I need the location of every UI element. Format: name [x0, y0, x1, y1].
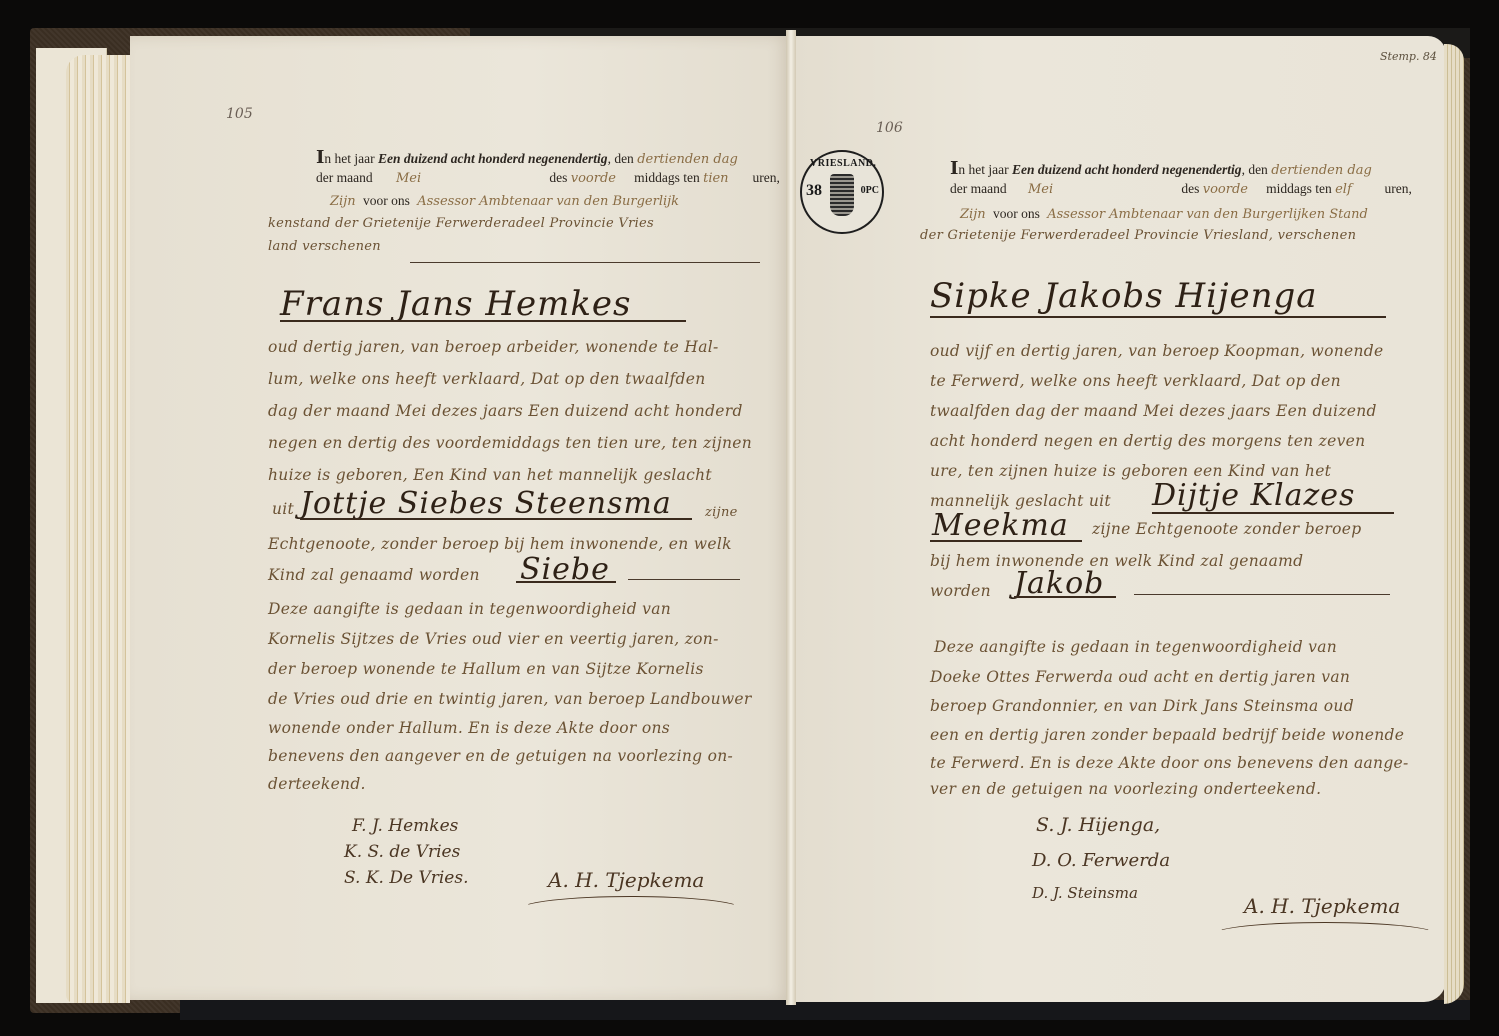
signature-witness-2: S. K. De Vries.: [344, 868, 468, 888]
corner-annotation: Stemp. 84: [1380, 50, 1437, 63]
page-edges-left: [66, 55, 130, 1003]
stamp-value-right: 0PC: [861, 185, 879, 196]
left-preamble-line2: der maand Mei des voorde middags ten tie…: [316, 170, 780, 186]
left-witness-line-3: der beroep wonende te Hallum en van Sijt…: [268, 660, 704, 678]
signature-official: A. H. Tjepkema: [1244, 894, 1400, 918]
father-name-underline: [280, 320, 686, 322]
fill-rule: [1134, 594, 1390, 595]
signature-flourish: [1214, 922, 1436, 946]
right-witness-line-1: Deze aangifte is gedaan in tegenwoordigh…: [934, 638, 1337, 656]
mother-name-underline-1: [1152, 512, 1394, 514]
left-body-line-3: dag der maand Mei dezes jaars Een duizen…: [268, 402, 743, 420]
right-witness-line-5: te Ferwerd. En is deze Akte door ons ben…: [930, 754, 1409, 772]
child-name-underline: [1014, 596, 1116, 598]
left-body-line-5: huize is geboren, Een Kind van het manne…: [268, 466, 712, 484]
book-gutter: [786, 30, 796, 1005]
right-preamble-line3: Zijn voor ons Assessor Ambtenaar van den…: [960, 206, 1368, 222]
right-preamble-line2: der maand Mei des voorde middags ten elf…: [950, 181, 1412, 197]
right-body-line-3: twaalfden dag der maand Mei dezes jaars …: [930, 402, 1377, 420]
right-after-mother-2: worden: [930, 582, 991, 600]
left-witness-line-7: derteekend.: [268, 775, 366, 793]
uit-label: uit: [272, 500, 294, 518]
father-name-underline: [930, 316, 1386, 318]
left-witness-line-1: Deze aangifte is gedaan in tegenwoordigh…: [268, 600, 671, 618]
left-preamble-line4: kenstand der Grietenije Ferwerderadeel P…: [268, 216, 654, 231]
father-name: Frans Jans Hemkes: [280, 284, 632, 324]
left-witness-line-5: wonende onder Hallum. En is deze Akte do…: [268, 719, 670, 737]
right-mother-suffix: zijne Echtgenoote zonder beroep: [1092, 520, 1361, 538]
right-body-line-1: oud vijf en dertig jaren, van beroep Koo…: [930, 342, 1383, 360]
signature-official: A. H. Tjepkema: [548, 868, 704, 892]
crown-crest-icon: [830, 174, 854, 216]
tax-stamp: VRIESLAND. 38 0PC: [800, 150, 884, 234]
signature-father: S. J. Hijenga,: [1036, 814, 1160, 836]
child-name-underline: [516, 581, 616, 583]
mother-name-underline-2: [930, 540, 1082, 542]
right-body-line-2: te Ferwerd, welke ons heeft verklaard, D…: [930, 372, 1341, 390]
left-preamble-line1: In het jaar Een duizend acht honderd neg…: [316, 147, 738, 168]
left-folio: 105: [226, 106, 253, 122]
right-preamble-line4: der Grietenije Ferwerderadeel Provincie …: [920, 228, 1356, 243]
left-witness-line-2: Kornelis Sijtzes de Vries oud vier en ve…: [268, 630, 719, 648]
signature-witness-1: D. O. Ferwerda: [1032, 850, 1170, 871]
mother-name-part2: Meekma: [932, 508, 1069, 543]
father-name: Sipke Jakobs Hijenga: [930, 276, 1318, 316]
left-body-line-1: oud dertig jaren, van beroep arbeider, w…: [268, 338, 719, 356]
left-preamble-line5: land verschenen: [268, 239, 381, 254]
left-witness-line-4: de Vries oud drie en twintig jaren, van …: [268, 690, 752, 708]
left-after-mother-2: Kind zal genaamd worden: [268, 566, 480, 584]
signature-witness-2: D. J. Steinsma: [1032, 884, 1138, 902]
page-edges-right: [1444, 44, 1464, 1004]
right-preamble-line1: In het jaar Een duizend acht honderd neg…: [950, 158, 1372, 179]
signature-flourish: [520, 896, 742, 922]
left-preamble-line3: Zijn voor ons Assessor Ambtenaar van den…: [330, 193, 679, 209]
signature-witness-1: K. S. de Vries: [344, 842, 460, 862]
left-after-mother-1: Echtgenoote, zonder beroep bij hem inwon…: [268, 535, 732, 553]
month-handwritten: Mei: [376, 171, 546, 186]
right-body-line-4: acht honderd negen en dertig des morgens…: [930, 432, 1365, 450]
left-body-line-2: lum, welke ons heeft verklaard, Dat op d…: [268, 370, 706, 388]
mother-name-underline: [300, 518, 692, 520]
day-handwritten: dertienden dag: [637, 152, 738, 167]
signature-father: F. J. Hemkes: [352, 816, 458, 836]
mother-name-part1: Dijtje Klazes: [1152, 478, 1355, 513]
mother-suffix: zijne: [705, 505, 738, 520]
cover-shadow-bottom: [180, 1000, 1470, 1020]
mother-name: Jottje Siebes Steensma: [300, 486, 672, 521]
right-witness-line-4: een en dertig jaren zonder bepaald bedri…: [930, 726, 1404, 744]
right-after-mother-1: bij hem inwonende en welk Kind zal genaa…: [930, 552, 1303, 570]
stamp-province: VRIESLAND.: [810, 158, 874, 169]
right-folio: 106: [876, 120, 903, 136]
stamp-value-left: 38: [806, 182, 822, 200]
fill-rule: [410, 262, 760, 263]
right-witness-line-3: beroep Grandonnier, en van Dirk Jans Ste…: [930, 697, 1354, 715]
left-witness-line-6: benevens den aangever en de getuigen na …: [268, 747, 733, 765]
right-witness-line-2: Doeke Ottes Ferwerda oud acht en dertig …: [930, 668, 1350, 686]
left-body-line-4: negen en dertig des voordemiddags ten ti…: [268, 434, 752, 452]
right-witness-line-6: ver en de getuigen na voorlezing onderte…: [930, 780, 1321, 798]
fill-rule: [628, 579, 740, 580]
